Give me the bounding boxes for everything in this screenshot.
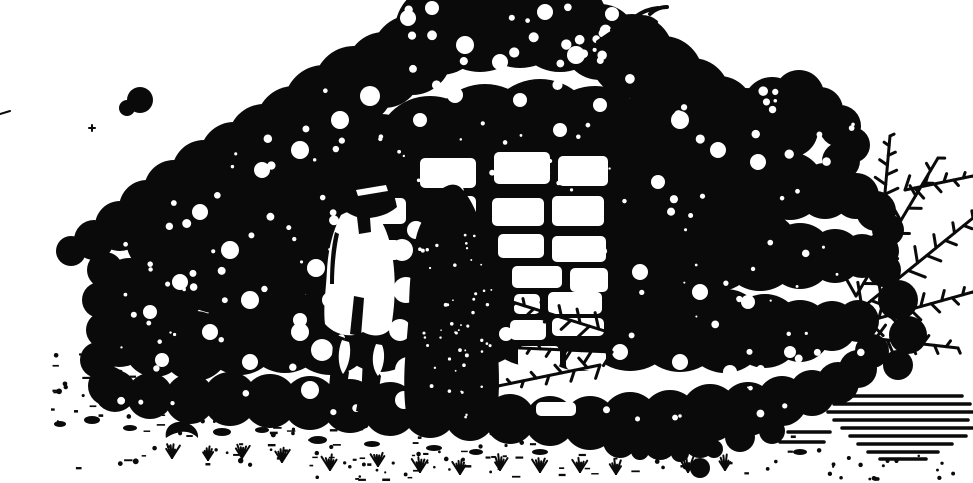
engraving-illustration	[0, 0, 973, 483]
engraving-page	[0, 0, 973, 483]
